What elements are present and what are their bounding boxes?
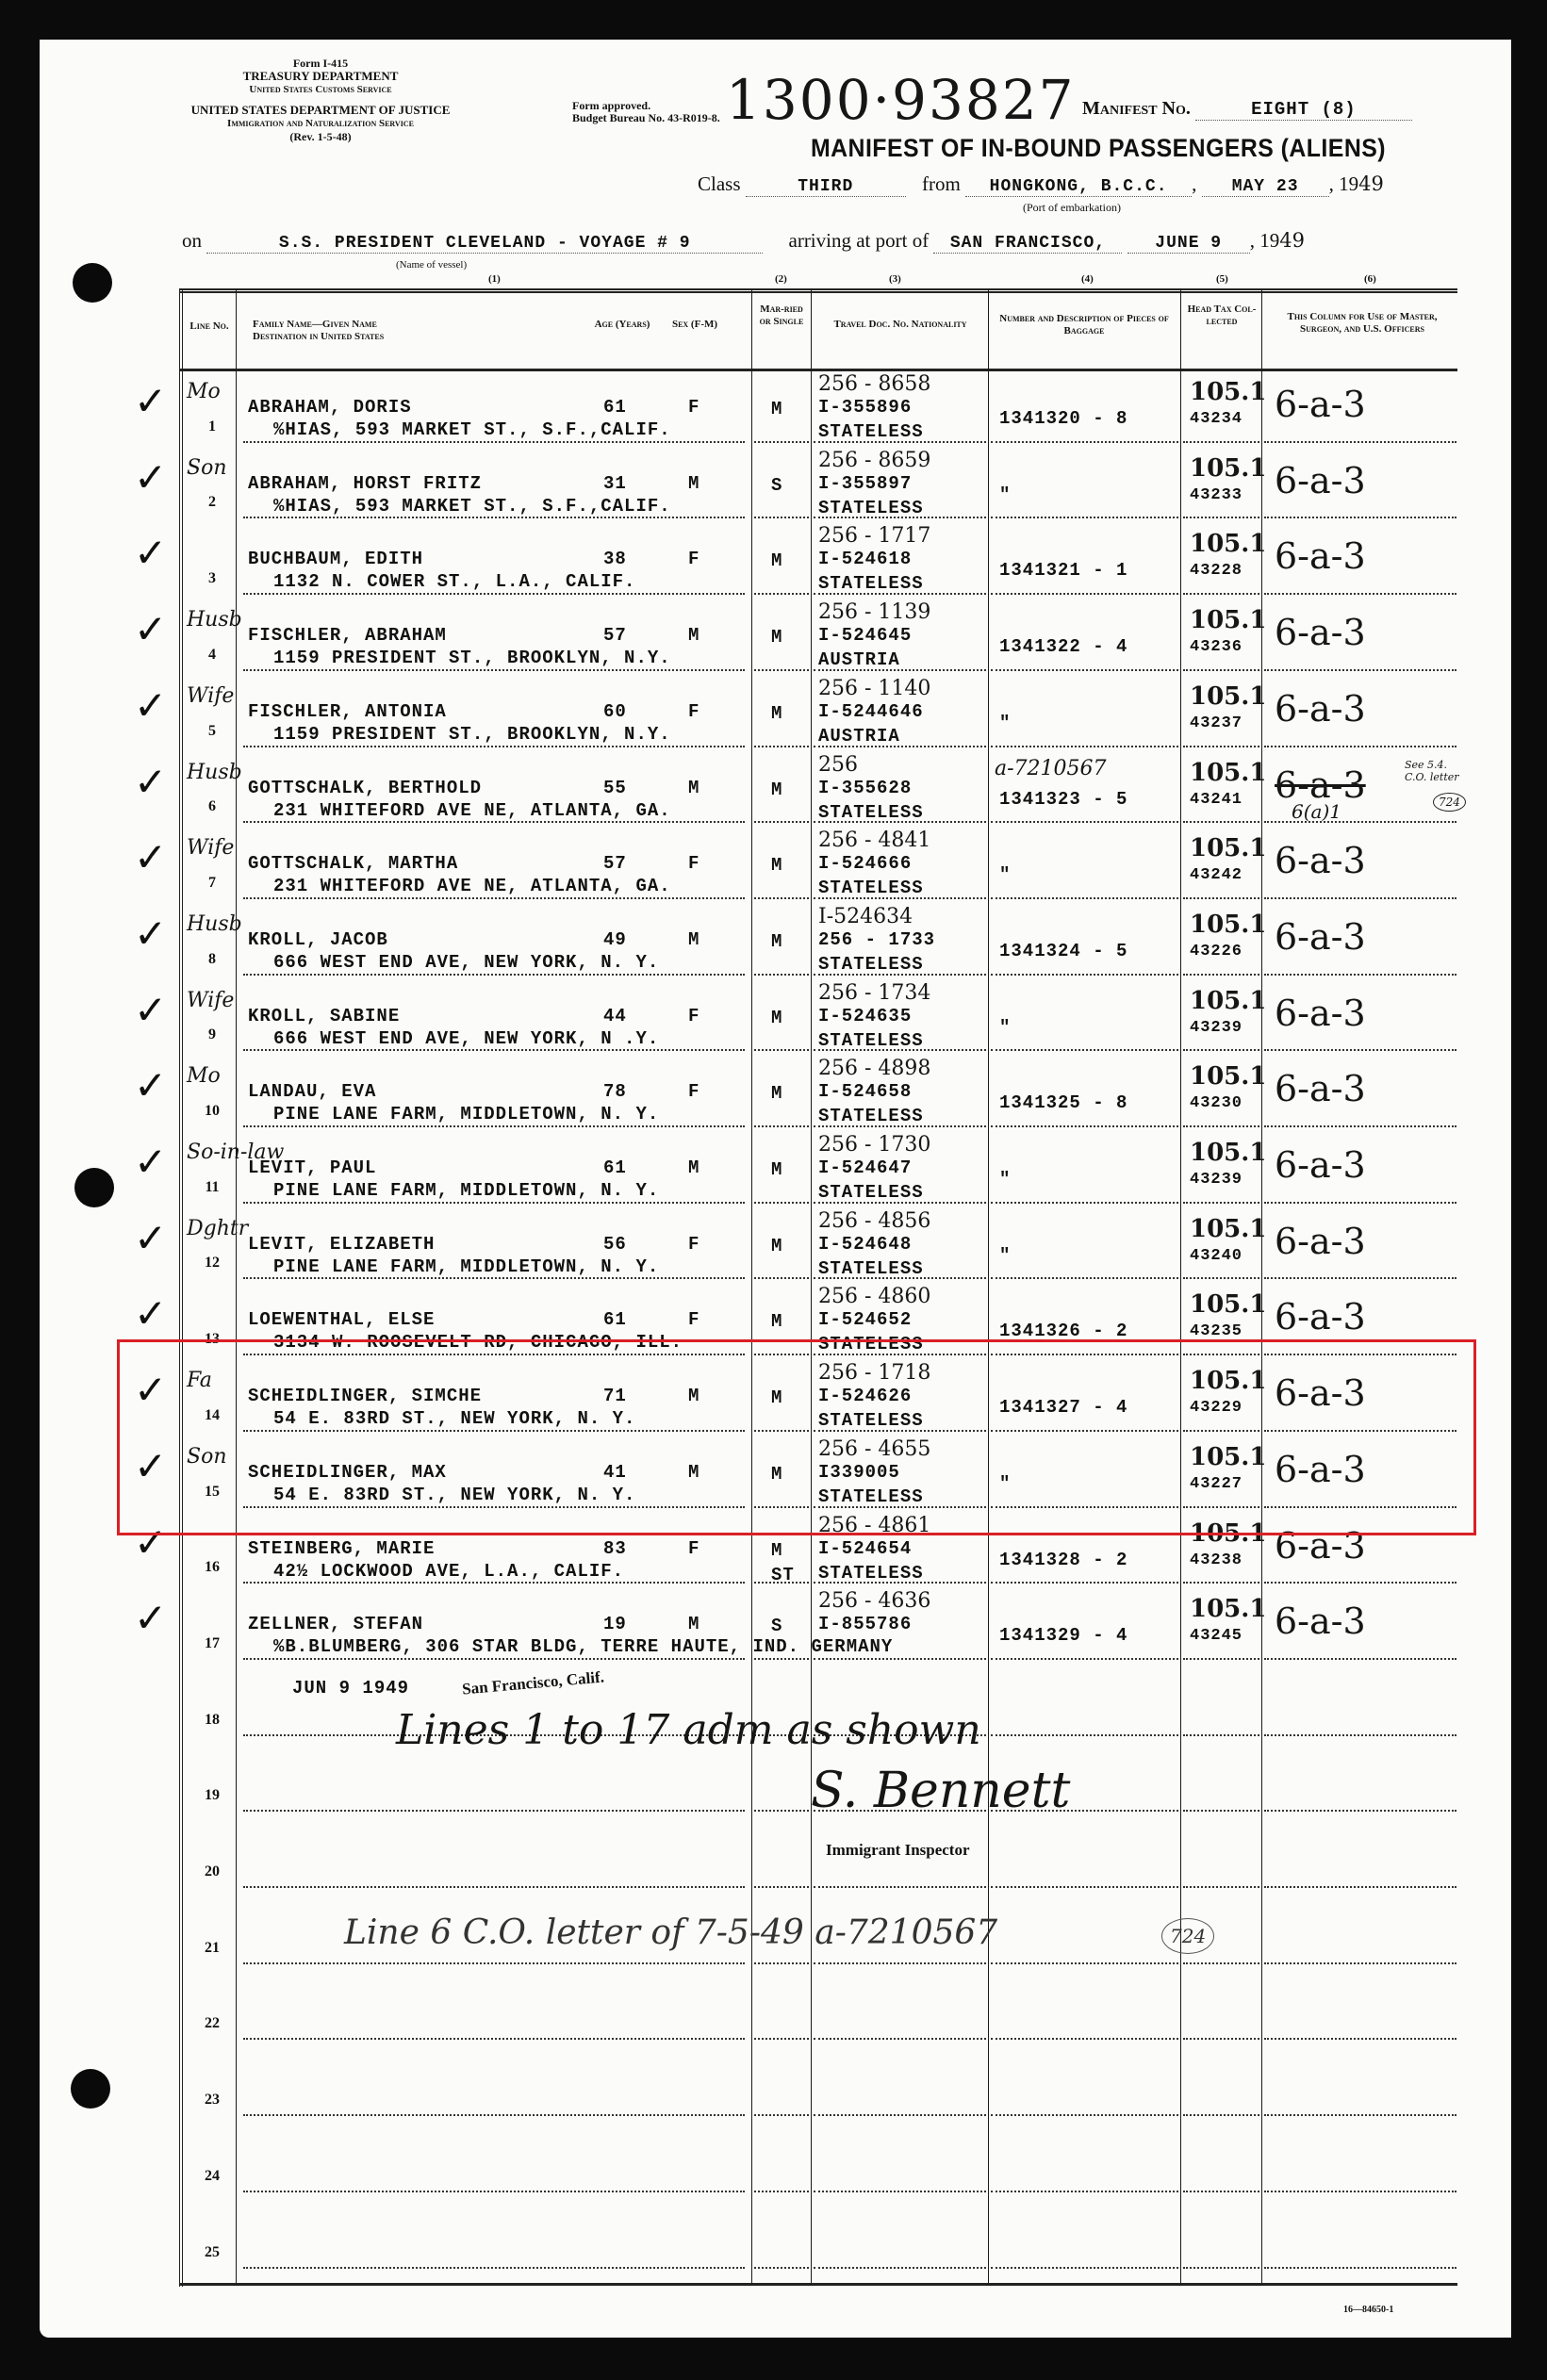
checkmark-icon: ✓: [134, 682, 167, 729]
tax-receipt: 43233: [1190, 486, 1243, 504]
travel-doc-number: I-524658: [818, 1081, 912, 1102]
line-number: 19: [189, 1787, 236, 1804]
row-divider: [754, 1886, 809, 1888]
head-tax: 105.1: [1190, 1062, 1266, 1091]
row-divider: [1264, 1125, 1456, 1127]
row-divider: [754, 1125, 809, 1127]
relation-note: Son: [187, 456, 227, 480]
age: 61: [603, 1309, 627, 1330]
row-divider: [1183, 2114, 1259, 2116]
row-divider: [1183, 1049, 1259, 1051]
row-divider: [1183, 746, 1259, 747]
row-divider: [814, 1886, 986, 1888]
nationality: STATELESS: [818, 1563, 924, 1584]
officer-code: 6-a-3: [1275, 460, 1366, 501]
row-divider: [991, 821, 1178, 823]
marital-status: M: [771, 1234, 799, 1258]
age: 44: [603, 1006, 627, 1026]
row-divider: [754, 2038, 809, 2040]
line-number: 11: [189, 1179, 236, 1196]
row-divider: [243, 897, 745, 899]
baggage: ": [999, 484, 1011, 505]
row-divider: [754, 593, 809, 595]
baggage: ": [999, 713, 1011, 733]
row-divider: [1183, 1734, 1259, 1736]
head-tax: 105.1: [1190, 530, 1266, 558]
baggage: ": [999, 1169, 1011, 1190]
relation-note: Mo: [187, 380, 221, 403]
sex: M: [688, 625, 699, 646]
nationality: STATELESS: [818, 1106, 924, 1126]
row-divider: [243, 974, 745, 976]
row-divider: [754, 2114, 809, 2116]
circle-note: 724: [1433, 793, 1466, 812]
col-header-head-tax: Head Tax Col-lected: [1186, 304, 1258, 328]
header-top-rule: [179, 288, 1457, 293]
row-divider: [1183, 974, 1259, 976]
checkmark-icon: ✓: [134, 1215, 167, 1261]
row-divider: [754, 1658, 809, 1660]
row-divider: [1183, 2191, 1259, 2192]
passenger-table: Line No. Family Name—Given Name Destinat…: [0, 0, 1547, 2380]
checkmark-icon: ✓: [134, 1290, 167, 1337]
age: 61: [603, 1157, 627, 1178]
row-divider: [1183, 593, 1259, 595]
row-divider: [243, 1125, 745, 1127]
age: 19: [603, 1614, 627, 1634]
officer-code: 6-a-3: [1275, 1221, 1366, 1262]
travel-doc-number: I-355896: [818, 397, 912, 418]
head-tax: 105.1: [1190, 1139, 1266, 1167]
row-divider: [1183, 1962, 1259, 1964]
travel-doc-handwritten: 256 - 1734: [818, 981, 930, 1005]
line-number: 24: [189, 2168, 236, 2185]
row-divider: [991, 2038, 1178, 2040]
nationality: STATELESS: [818, 878, 924, 898]
tax-receipt: 43240: [1190, 1247, 1243, 1265]
row-divider: [991, 974, 1178, 976]
row-divider: [991, 593, 1178, 595]
row-divider: [991, 1202, 1178, 1204]
officer-code: 6-a-3: [1275, 384, 1366, 425]
nationality: STATELESS: [818, 1030, 924, 1051]
checkmark-icon: ✓: [134, 378, 167, 424]
row-divider: [1264, 746, 1456, 747]
row-divider: [1264, 974, 1456, 976]
checkmark-icon: ✓: [134, 759, 167, 805]
relation-note: Husb: [187, 761, 242, 784]
row-divider: [1264, 1049, 1456, 1051]
checkmark-icon: ✓: [134, 987, 167, 1033]
admission-stamp-date: JUN 9 1949: [292, 1678, 409, 1699]
head-tax: 105.1: [1190, 454, 1266, 483]
nationality: AUSTRIA: [818, 726, 900, 747]
passenger-name: GOTTSCHALK, BERTHOLD: [248, 778, 482, 798]
line-number: 2: [189, 494, 236, 511]
row-divider: [814, 1962, 986, 1964]
destination: 231 WHITEFORD AVE NE, ATLANTA, GA.: [273, 800, 671, 821]
passenger-name: LANDAU, EVA: [248, 1081, 376, 1102]
tax-receipt: 43239: [1190, 1019, 1243, 1037]
row-divider: [991, 1886, 1178, 1888]
destination: %B.BLUMBERG, 306 STAR BLDG, TERRE HAUTE,…: [273, 1636, 893, 1657]
destination: 1159 PRESIDENT ST., BROOKLYN, N.Y.: [273, 648, 671, 668]
line-number: 8: [189, 951, 236, 968]
line6-note: Line 6 C.O. letter of 7-5-49 a-7210567: [344, 1913, 997, 1952]
baggage: ": [999, 1245, 1011, 1266]
row-divider: [1183, 669, 1259, 671]
travel-doc-handwritten: 256: [818, 753, 858, 777]
travel-doc-number: I-524645: [818, 625, 912, 646]
travel-doc-number: I-524652: [818, 1309, 912, 1330]
age: 56: [603, 1234, 627, 1255]
sex: M: [688, 778, 699, 798]
col-header-line-no: Line No.: [185, 320, 234, 333]
destination: 666 WEST END AVE, NEW YORK, N. Y.: [273, 952, 659, 973]
passenger-name: STEINBERG, MARIE: [248, 1538, 435, 1559]
nationality: STATELESS: [818, 421, 924, 442]
travel-doc-number: 256 - 1733: [818, 929, 935, 950]
nationality: STATELESS: [818, 1258, 924, 1279]
col-divider-tax: [1180, 288, 1181, 2285]
line-number: 3: [189, 570, 236, 587]
col-header-name: Family Name—Given Name Destination in Un…: [253, 319, 384, 343]
row-divider: [243, 1886, 745, 1888]
row-divider: [814, 2267, 986, 2269]
passenger-name: BUCHBAUM, EDITH: [248, 549, 423, 569]
row-divider: [754, 974, 809, 976]
baggage: 1341324 - 5: [999, 941, 1127, 961]
row-divider: [991, 1582, 1178, 1584]
col-header-age: Age (Years): [594, 319, 650, 331]
officer-code: 6-a-3: [1275, 1068, 1366, 1109]
line-number: 9: [189, 1026, 236, 1043]
marital-status: M: [771, 853, 799, 878]
baggage: ": [999, 864, 1011, 885]
row-divider: [991, 897, 1178, 899]
tax-receipt: 43237: [1190, 714, 1243, 732]
sex: F: [688, 549, 699, 569]
row-divider: [1183, 897, 1259, 899]
head-tax: 105.1: [1190, 759, 1266, 787]
marital-status: M ST: [771, 1538, 799, 1587]
passenger-name: FISCHLER, ANTONIA: [248, 701, 447, 722]
row-divider: [754, 897, 809, 899]
sex: M: [688, 1614, 699, 1634]
marital-status: M: [771, 397, 799, 421]
row-divider: [243, 1277, 745, 1279]
sex: M: [688, 1157, 699, 1178]
officer-code: 6-a-3: [1275, 1296, 1366, 1338]
row-divider: [243, 2267, 745, 2269]
tax-receipt: 43234: [1190, 410, 1243, 428]
baggage: 1341329 - 4: [999, 1625, 1127, 1646]
marital-status: M: [771, 1309, 799, 1334]
footer-code: 16—84650-1: [1343, 2305, 1393, 2315]
baggage: 1341320 - 8: [999, 408, 1127, 429]
col-header-married: Mar-ried or Single: [754, 304, 809, 328]
row-divider: [1183, 1125, 1259, 1127]
travel-doc-number: I-524647: [818, 1157, 912, 1178]
checkmark-icon: ✓: [134, 606, 167, 652]
passenger-name: LOEWENTHAL, ELSE: [248, 1309, 435, 1330]
travel-doc-number: I-524654: [818, 1538, 912, 1559]
row-divider: [991, 1049, 1178, 1051]
travel-doc-handwritten: 256 - 1140: [818, 677, 930, 700]
row-divider: [1264, 1202, 1456, 1204]
row-divider: [1264, 897, 1456, 899]
destination: 42½ LOCKWOOD AVE, L.A., CALIF.: [273, 1561, 624, 1582]
sex: M: [688, 473, 699, 494]
row-divider: [991, 746, 1178, 747]
row-divider: [814, 1658, 986, 1660]
line-number: 23: [189, 2092, 236, 2109]
passenger-name: ABRAHAM, HORST FRITZ: [248, 473, 482, 494]
row-divider: [754, 1202, 809, 1204]
line-number: 6: [189, 798, 236, 815]
officer-code: 6-a-3: [1275, 535, 1366, 577]
passenger-name: FISCHLER, ABRAHAM: [248, 625, 447, 646]
relation-note: Mo: [187, 1064, 221, 1088]
row-divider: [754, 517, 809, 518]
travel-doc-handwritten: 256 - 4860: [818, 1285, 930, 1308]
line-number: 5: [189, 723, 236, 740]
row-divider: [1264, 1734, 1456, 1736]
line-number: 12: [189, 1255, 236, 1272]
marital-status: M: [771, 1081, 799, 1106]
row-divider: [991, 1734, 1178, 1736]
row-divider: [243, 1582, 745, 1584]
row-divider: [814, 2114, 986, 2116]
row-divider: [243, 821, 745, 823]
travel-doc-handwritten: 256 - 1730: [818, 1133, 930, 1157]
sex: F: [688, 1081, 699, 1102]
tax-receipt: 43235: [1190, 1322, 1243, 1340]
sex: F: [688, 701, 699, 722]
row-divider: [991, 2191, 1178, 2192]
row-divider: [991, 2114, 1178, 2116]
travel-doc-handwritten: 256 - 4636: [818, 1589, 930, 1613]
head-tax: 105.1: [1190, 1595, 1266, 1623]
sex: F: [688, 1234, 699, 1255]
head-tax: 105.1: [1190, 1215, 1266, 1243]
tax-receipt: 43226: [1190, 943, 1243, 960]
line6-circle-note: 724: [1161, 1918, 1214, 1954]
sex: F: [688, 397, 699, 418]
age: 61: [603, 397, 627, 418]
travel-doc-handwritten: 256 - 4841: [818, 829, 930, 852]
sex: F: [688, 853, 699, 874]
row-divider: [1183, 821, 1259, 823]
destination: PINE LANE FARM, MIDDLETOWN, N. Y.: [273, 1104, 659, 1124]
row-divider: [243, 2191, 745, 2192]
row-divider: [991, 2267, 1178, 2269]
travel-doc-number: I-524635: [818, 1006, 912, 1026]
travel-doc-number: I-524648: [818, 1234, 912, 1255]
row-divider: [991, 441, 1178, 443]
checkmark-icon: ✓: [134, 1062, 167, 1108]
sex: F: [688, 1538, 699, 1559]
inspector-signature: S. Bennett: [811, 1763, 1070, 1819]
baggage-note: a-7210567: [995, 757, 1107, 780]
row-divider: [1264, 2267, 1456, 2269]
row-divider: [1183, 2038, 1259, 2040]
row-divider: [1264, 1582, 1456, 1584]
tax-receipt: 43241: [1190, 791, 1243, 809]
destination: 666 WEST END AVE, NEW YORK, N .Y.: [273, 1028, 659, 1049]
row-divider: [243, 1810, 745, 1812]
line-number: 17: [189, 1635, 236, 1652]
row-divider: [1264, 1810, 1456, 1812]
checkmark-icon: ✓: [134, 834, 167, 880]
row-divider: [1264, 2191, 1456, 2192]
row-divider: [754, 1277, 809, 1279]
passenger-name: ZELLNER, STEFAN: [248, 1614, 423, 1634]
head-tax: 105.1: [1190, 378, 1266, 406]
age: 57: [603, 853, 627, 874]
relation-note: Wife: [187, 989, 234, 1012]
travel-doc-handwritten: I-524634: [818, 905, 913, 928]
travel-doc-number: I-524618: [818, 549, 912, 569]
col-divider-baggage: [988, 288, 989, 2285]
row-divider: [814, 2038, 986, 2040]
destination: 231 WHITEFORD AVE NE, ATLANTA, GA.: [273, 876, 671, 896]
tax-receipt: 43239: [1190, 1171, 1243, 1189]
passenger-name: ABRAHAM, DORIS: [248, 397, 412, 418]
age: 83: [603, 1538, 627, 1559]
baggage: 1341321 - 1: [999, 560, 1127, 581]
row-divider: [1264, 1277, 1456, 1279]
col-header-travel-doc: Travel Doc. No. Nationality: [830, 319, 971, 331]
officer-code: 6-a-3: [1275, 916, 1366, 958]
marital-status: S: [771, 473, 799, 498]
travel-doc-number: I-855786: [818, 1614, 912, 1634]
head-tax: 105.1: [1190, 987, 1266, 1015]
passenger-name: LEVIT, PAUL: [248, 1157, 376, 1178]
baggage: 1341322 - 4: [999, 636, 1127, 657]
header-bottom-rule: [179, 369, 1457, 371]
row-divider: [1264, 1886, 1456, 1888]
nationality: STATELESS: [818, 1182, 924, 1203]
checkmark-icon: ✓: [134, 1595, 167, 1641]
destination: PINE LANE FARM, MIDDLETOWN, N. Y.: [273, 1180, 659, 1201]
officer-code: 6-a-3: [1275, 1144, 1366, 1186]
nationality: STATELESS: [818, 802, 924, 823]
passenger-name: GOTTSCHALK, MARTHA: [248, 853, 458, 874]
destination: 1132 N. COWER ST., L.A., CALIF.: [273, 571, 635, 592]
col-header-baggage: Number and Description of Pieces of Bagg…: [994, 313, 1175, 337]
row-divider: [754, 1049, 809, 1051]
tax-receipt: 43245: [1190, 1627, 1243, 1645]
age: 38: [603, 549, 627, 569]
row-divider: [243, 2038, 745, 2040]
age: 49: [603, 929, 627, 950]
row-divider: [754, 2191, 809, 2192]
destination: %HIAS, 593 MARKET ST., S.F.,CALIF.: [273, 419, 671, 440]
row-divider: [991, 1658, 1178, 1660]
row-divider: [1183, 1202, 1259, 1204]
row-divider: [991, 1277, 1178, 1279]
checkmark-icon: ✓: [134, 530, 167, 576]
marital-status: M: [771, 701, 799, 726]
row-divider: [1183, 2267, 1259, 2269]
row-divider: [1183, 1886, 1259, 1888]
checkmark-icon: ✓: [134, 1139, 167, 1185]
row-divider: [991, 517, 1178, 518]
table-left-border: [179, 288, 183, 2287]
travel-doc-number: I-355628: [818, 778, 912, 798]
inspector-label: Immigrant Inspector: [826, 1841, 970, 1860]
sex: F: [688, 1006, 699, 1026]
tax-receipt: 43236: [1190, 638, 1243, 656]
row-divider: [1264, 1658, 1456, 1660]
travel-doc-handwritten: 256 - 4898: [818, 1057, 930, 1080]
checkmark-icon: ✓: [134, 454, 167, 501]
travel-doc-number: I-524666: [818, 853, 912, 874]
baggage: 1341325 - 8: [999, 1092, 1127, 1113]
tax-receipt: 43242: [1190, 866, 1243, 884]
passenger-name: KROLL, SABINE: [248, 1006, 400, 1026]
line-number: 18: [189, 1712, 236, 1729]
tax-receipt: 43230: [1190, 1094, 1243, 1112]
row-divider: [243, 1202, 745, 1204]
table-bottom-rule: [179, 2283, 1457, 2286]
tax-receipt: 43238: [1190, 1551, 1243, 1569]
col-divider-doc: [811, 288, 812, 2285]
nationality: STATELESS: [818, 573, 924, 594]
line-number: 4: [189, 647, 236, 664]
age: 55: [603, 778, 627, 798]
line-number: 25: [189, 2244, 236, 2261]
row-divider: [243, 746, 745, 747]
travel-doc-handwritten: 256 - 1717: [818, 524, 930, 548]
row-divider: [1183, 517, 1259, 518]
row-divider: [754, 746, 809, 747]
col-divider-married: [751, 288, 752, 2285]
row-divider: [991, 1962, 1178, 1964]
head-tax: 105.1: [1190, 606, 1266, 634]
travel-doc-number: I-355897: [818, 473, 912, 494]
baggage: 1341328 - 2: [999, 1550, 1127, 1570]
destination: 1159 PRESIDENT ST., BROOKLYN, N.Y.: [273, 724, 671, 745]
sex: F: [688, 1309, 699, 1330]
row-divider: [1264, 2038, 1456, 2040]
relation-note: Dghtr: [187, 1217, 248, 1240]
nationality: STATELESS: [818, 498, 924, 518]
officer-code: 6-a-3: [1275, 1600, 1366, 1642]
travel-doc-handwritten: 256 - 4856: [818, 1209, 930, 1233]
age: 57: [603, 625, 627, 646]
row-divider: [991, 1125, 1178, 1127]
nationality: STATELESS: [818, 954, 924, 975]
line-number: 1: [189, 419, 236, 435]
marital-status: M: [771, 929, 799, 954]
travel-doc-handwritten: 256 - 8658: [818, 372, 930, 396]
passenger-name: KROLL, JACOB: [248, 929, 388, 950]
officer-code: 6-a-3: [1275, 612, 1366, 653]
line-number: 10: [189, 1103, 236, 1120]
row-divider: [1264, 669, 1456, 671]
line-number: 7: [189, 875, 236, 892]
baggage: ": [999, 1017, 1011, 1038]
row-divider: [1264, 441, 1456, 443]
relation-note: Wife: [187, 684, 234, 708]
marital-status: M: [771, 625, 799, 649]
marital-status: M: [771, 778, 799, 802]
marital-status: M: [771, 1157, 799, 1182]
relation-note: Husb: [187, 608, 242, 632]
admitted-note: Lines 1 to 17 adm as shown: [396, 1706, 981, 1754]
